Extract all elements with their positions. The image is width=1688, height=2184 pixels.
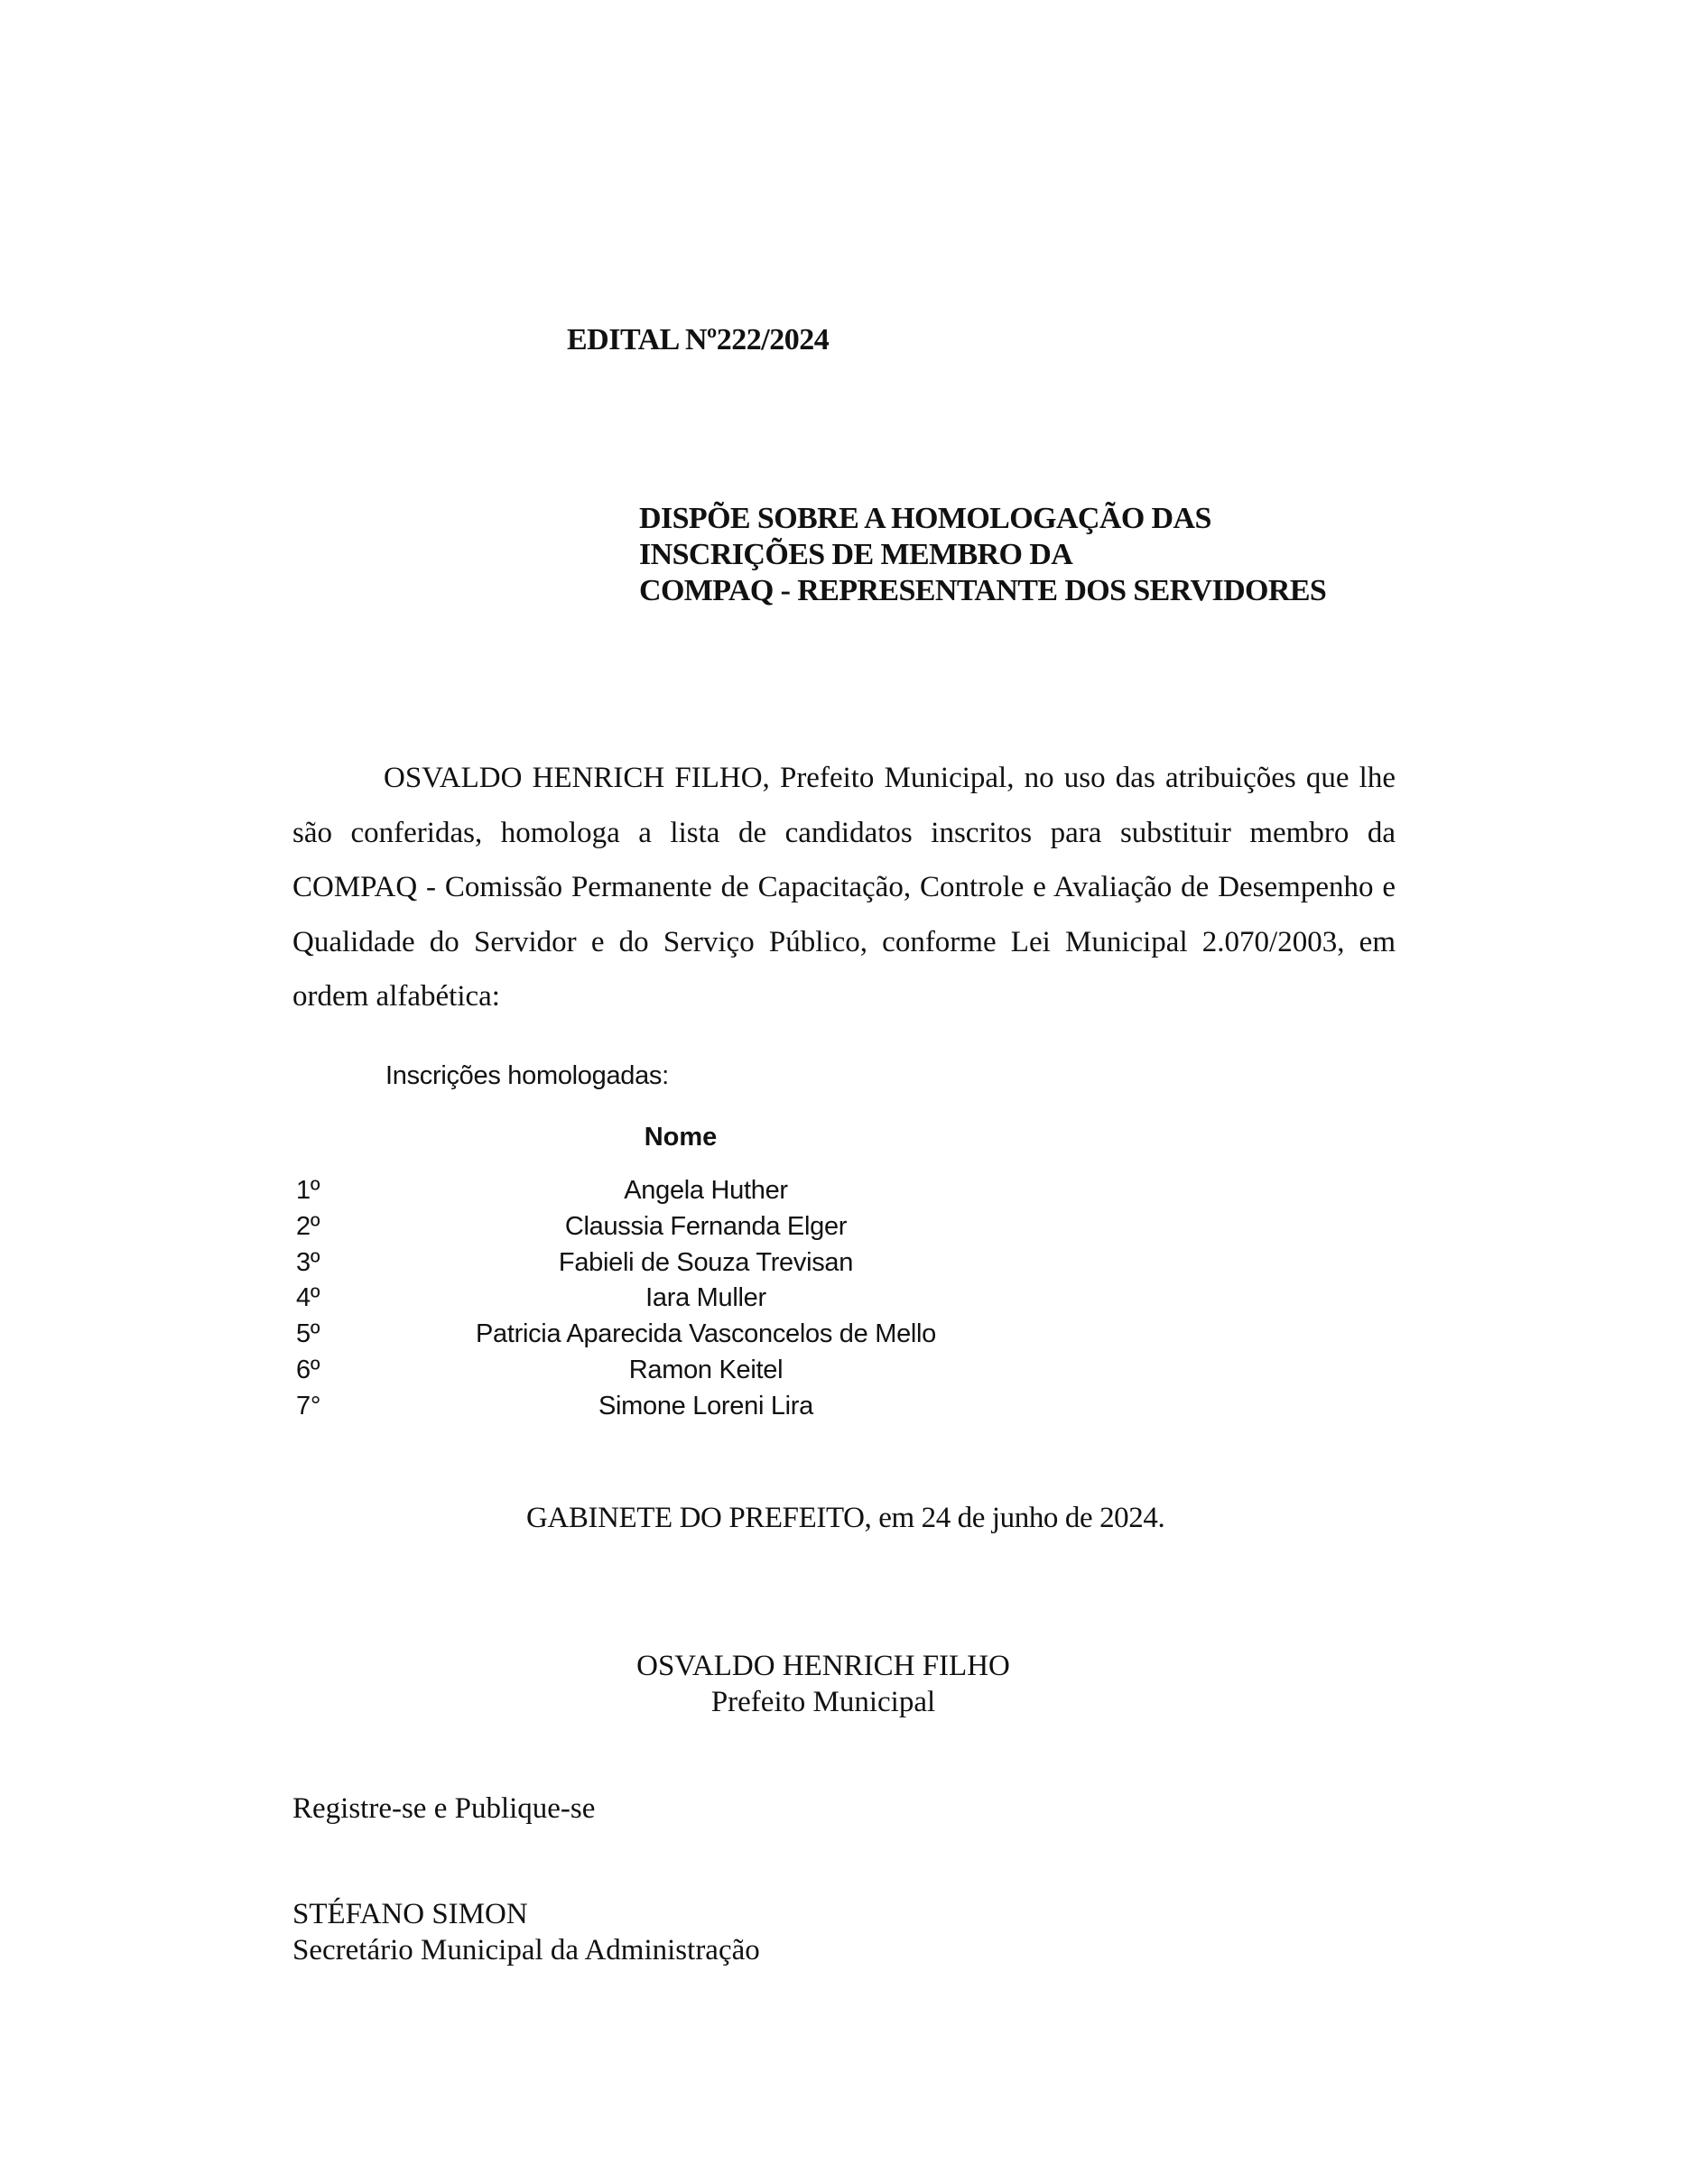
body-paragraph: OSVALDO HENRICH FILHO, Prefeito Municipa… xyxy=(292,751,1396,1024)
ementa-line: INSCRIÇÕES DE MEMBRO DA xyxy=(639,537,1326,573)
name-cell: Angela Huther xyxy=(435,1176,977,1206)
signature-name: OSVALDO HENRICH FILHO xyxy=(552,1648,1094,1684)
list-label: Inscrições homologadas: xyxy=(385,1061,669,1091)
name-cell: Iara Muller xyxy=(435,1283,977,1313)
secretary-name: STÉFANO SIMON xyxy=(292,1896,760,1932)
name-cell: Ramon Keitel xyxy=(435,1356,977,1385)
table-row: 6º Ramon Keitel xyxy=(292,1356,1123,1392)
rank-cell: 1º xyxy=(296,1176,320,1206)
date-line: GABINETE DO PREFEITO, em 24 de junho de … xyxy=(526,1502,1164,1535)
table-row: 7° Simone Loreni Lira xyxy=(292,1392,1123,1428)
ementa-line: COMPAQ - REPRESENTANTE DOS SERVIDORES xyxy=(639,573,1326,609)
rank-cell: 4º xyxy=(296,1283,320,1313)
secretary-role: Secretário Municipal da Administração xyxy=(292,1932,760,1968)
ementa-block: DISPÕE SOBRE A HOMOLOGAÇÃO DAS INSCRIÇÕE… xyxy=(639,501,1326,609)
rank-cell: 3º xyxy=(296,1248,320,1278)
table-row: 2º Claussia Fernanda Elger xyxy=(292,1212,1123,1248)
document-title: EDITAL Nº222/2024 xyxy=(567,323,829,357)
rank-cell: 6º xyxy=(296,1356,320,1385)
name-cell: Simone Loreni Lira xyxy=(435,1392,977,1421)
rank-cell: 7° xyxy=(296,1392,320,1421)
table-row: 1º Angela Huther xyxy=(292,1176,1123,1212)
table-header-name: Nome xyxy=(590,1123,771,1152)
ementa-line: DISPÕE SOBRE A HOMOLOGAÇÃO DAS xyxy=(639,501,1326,537)
name-cell: Claussia Fernanda Elger xyxy=(435,1212,977,1242)
signature-role: Prefeito Municipal xyxy=(552,1684,1094,1720)
secretary-signature: STÉFANO SIMON Secretário Municipal da Ad… xyxy=(292,1896,760,1968)
table-row: 3º Fabieli de Souza Trevisan xyxy=(292,1248,1123,1284)
name-cell: Fabieli de Souza Trevisan xyxy=(435,1248,977,1278)
table-row: 5º Patricia Aparecida Vasconcelos de Mel… xyxy=(292,1319,1123,1356)
document-page: EDITAL Nº222/2024 DISPÕE SOBRE A HOMOLOG… xyxy=(0,0,1688,2184)
mayor-signature: OSVALDO HENRICH FILHO Prefeito Municipal xyxy=(552,1648,1094,1720)
table-row: 4º Iara Muller xyxy=(292,1283,1123,1319)
name-cell: Patricia Aparecida Vasconcelos de Mello xyxy=(435,1319,977,1349)
register-line: Registre-se e Publique-se xyxy=(292,1792,595,1826)
rank-cell: 5º xyxy=(296,1319,320,1349)
rank-cell: 2º xyxy=(296,1212,320,1242)
